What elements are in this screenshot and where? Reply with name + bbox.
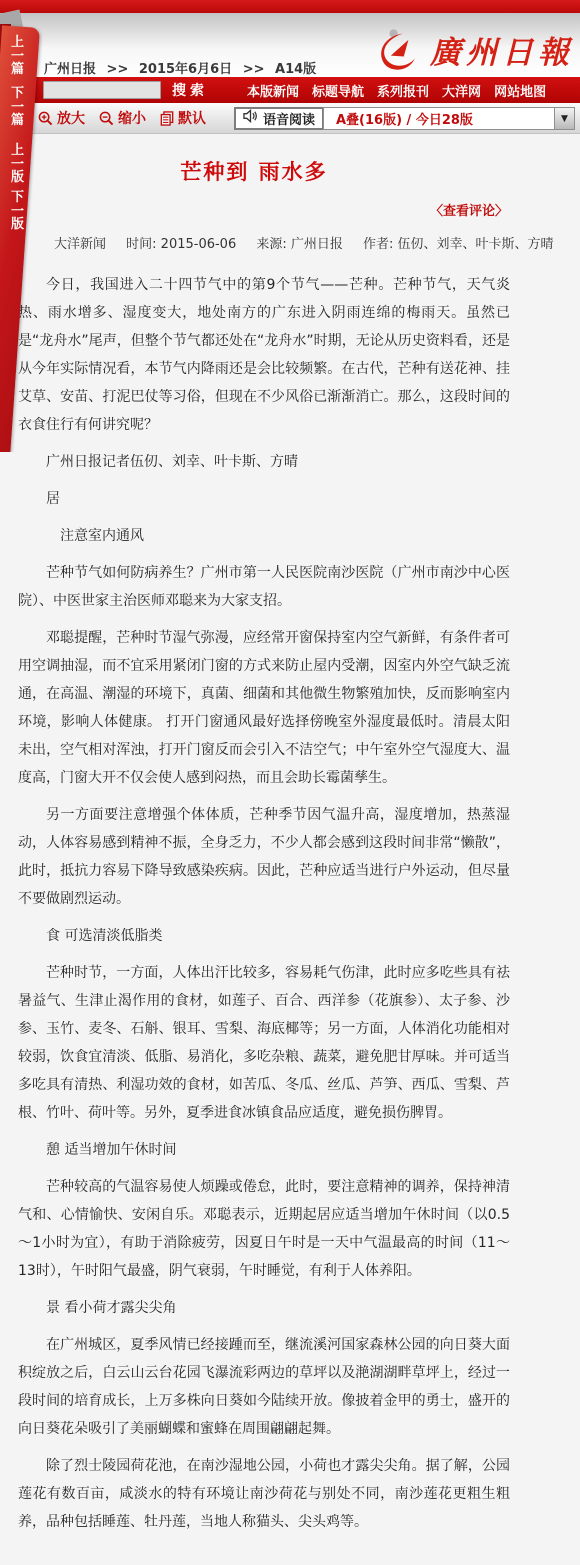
site-logo: 廣州日報 — [372, 27, 574, 79]
nav-link-current-news[interactable]: 本版新闻 — [247, 81, 299, 100]
breadcrumb-page[interactable]: A14版 — [275, 62, 316, 77]
meta-authors: 作者: 伍仞、刘幸、叶卡斯、方晴 — [363, 237, 554, 252]
toolbar: 放大 缩小 默认 语音阅读 ▼ A叠(16版) / 今日28版 ▼ — [0, 103, 580, 134]
section-heading: 注意室内通风 — [18, 522, 510, 550]
top-red-strip — [0, 0, 580, 13]
prev-page-link[interactable]: 上一版 — [10, 144, 25, 185]
document-copy-icon — [160, 111, 174, 126]
section-heading: 景 看小荷才露尖尖角 — [18, 1294, 510, 1322]
breadcrumb-separator: >> — [243, 62, 265, 77]
section-heading: 憩 适当增加午休时间 — [18, 1136, 510, 1164]
nav-link-headline-nav[interactable]: 标题导航 — [312, 81, 364, 100]
article-body: 今日，我国进入二十四节气中的第9个节气——芒种。芒种节气，天气炎热、雨水增多、湿… — [0, 256, 580, 1536]
nav-link-sitemap[interactable]: 网站地图 — [494, 81, 546, 100]
article-paragraph: 除了烈士陵园荷花池，在南沙湿地公园，小荷也才露尖尖角。据了解，公园莲花有数百亩，… — [18, 1452, 510, 1536]
edition-select[interactable]: A叠(16版) / 今日28版 ▼ — [323, 107, 575, 130]
tts-label: 语音阅读 — [263, 109, 315, 128]
reset-default-button[interactable]: 默认 — [160, 108, 206, 128]
nav-links: 本版新闻 标题导航 系列报刊 大洋网 网站地图 — [247, 77, 546, 103]
zoom-out-button[interactable]: 缩小 — [99, 108, 146, 128]
article-paragraph: 在广州城区，夏季风情已经接踵而至，继流溪河国家森林公园的向日葵大面积绽放之后，白… — [18, 1331, 510, 1443]
article-container: 芒种到 雨水多 〈查看评论〉 大洋新闻 时间: 2015-06-06 来源: 广… — [0, 134, 580, 1545]
zoom-out-label: 缩小 — [118, 108, 146, 128]
article-paragraph: 芒种时节，一方面，人体出汗比较多，容易耗气伤津，此时应多吃些具有祛暑益气、生津止… — [18, 959, 510, 1127]
section-heading: 食 可选清淡低脂类 — [18, 922, 510, 950]
article-paragraph: 广州日报记者伍仞、刘幸、叶卡斯、方晴 — [18, 448, 510, 476]
article-paragraph: 芒种节气如何防病养生？广州市第一人民医院南沙医院（广州市南沙中心医院）、中医世家… — [18, 559, 510, 615]
meta-origin: 来源: 广州日报 — [256, 237, 343, 252]
meta-source-site: 大洋新闻 — [54, 237, 106, 252]
search-button[interactable]: 搜索 — [172, 80, 208, 100]
nav-link-series-papers[interactable]: 系列报刊 — [377, 81, 429, 100]
section-heading: 居 — [18, 485, 510, 513]
view-comments-link[interactable]: 〈查看评论〉 — [0, 200, 508, 219]
reset-default-label: 默认 — [178, 108, 206, 128]
logo-text: 廣州日報 — [430, 30, 574, 76]
zoom-in-label: 放大 — [57, 108, 85, 128]
edition-select-value: A叠(16版) / 今日28版 — [324, 109, 554, 128]
meta-time: 时间: 2015-06-06 — [126, 237, 236, 252]
article-meta: 大洋新闻 时间: 2015-06-06 来源: 广州日报 作者: 伍仞、刘幸、叶… — [54, 233, 580, 252]
chevron-down-icon: ▼ — [561, 114, 568, 124]
breadcrumb-paper[interactable]: 广州日报 — [44, 62, 96, 77]
side-nav-ribbon: 上一篇 下一篇 上一版 下一版 — [0, 22, 48, 452]
prev-article-link[interactable]: 上一篇 — [10, 36, 25, 77]
main-navbar: 搜索 本版新闻 标题导航 系列报刊 大洋网 网站地图 — [0, 77, 580, 103]
next-page-link[interactable]: 下一版 — [10, 191, 25, 232]
article-paragraph: 邓聪提醒，芒种时节湿气弥漫，应经常开窗保持室内空气新鲜，有条件者可用空调抽湿，而… — [18, 624, 510, 792]
article-paragraph: 另一方面要注意增强个体体质，芒种季节因气温升高，湿度增加，热蒸湿动，人体容易感到… — [18, 801, 510, 913]
breadcrumb-separator: >> — [107, 62, 129, 77]
article-title: 芒种到 雨水多 — [0, 156, 508, 186]
speaker-icon — [243, 109, 258, 127]
nav-link-dayoo[interactable]: 大洋网 — [442, 81, 481, 100]
article-paragraph: 芒种较高的气温容易使人烦躁或倦怠，此时，要注意精神的调养，保持神清气和、心情愉快… — [18, 1173, 510, 1285]
magnifier-minus-icon — [99, 111, 114, 126]
logo-swirl-icon — [372, 27, 430, 79]
search-input[interactable] — [43, 81, 161, 99]
edition-dropdown-button[interactable]: ▼ — [554, 108, 574, 129]
article-paragraph: 今日，我国进入二十四节气中的第9个节气——芒种。芒种节气，天气炎热、雨水增多、湿… — [18, 271, 510, 439]
next-article-link[interactable]: 下一篇 — [10, 87, 25, 128]
breadcrumb: 广州日报 >> 2015年6月6日 >> A14版 — [44, 58, 316, 77]
breadcrumb-date[interactable]: 2015年6月6日 — [139, 62, 232, 77]
